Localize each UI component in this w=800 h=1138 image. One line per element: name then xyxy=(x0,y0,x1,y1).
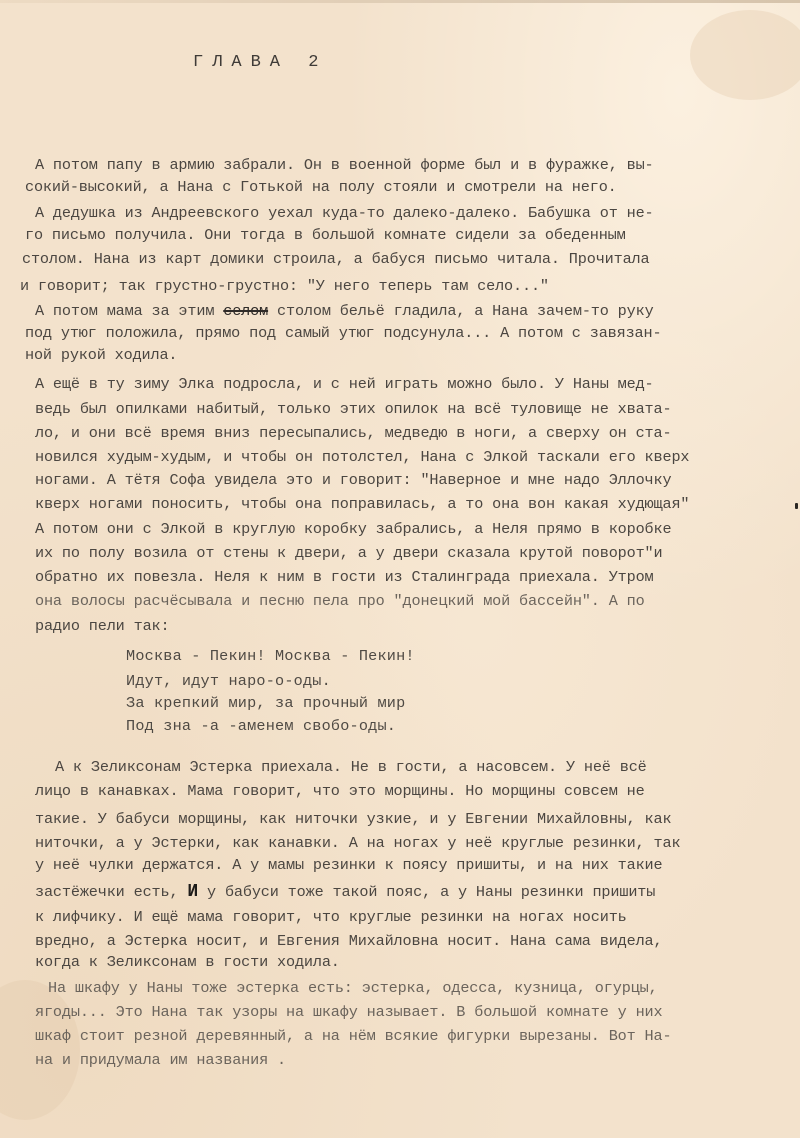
text-line: А потом папу в армию забрали. Он в военн… xyxy=(35,156,654,174)
text-fragment: застёжечки есть, xyxy=(35,883,187,901)
text-line: столом. Нана из карт домики строила, а б… xyxy=(22,250,649,268)
text-line: На шкафу у Наны тоже эстерка есть: эстер… xyxy=(48,979,658,997)
text-line: А потом мама за этим селом столом бельё … xyxy=(35,302,654,320)
text-line: А к Зеликсонам Эстерка приехала. Не в го… xyxy=(55,758,647,776)
text-line: застёжечки есть, И у бабуси тоже такой п… xyxy=(35,882,655,902)
poem-line: Москва - Пекин! Москва - Пекин! xyxy=(126,647,415,665)
text-fragment: у бабуси тоже такой пояс, а у Наны резин… xyxy=(198,883,655,901)
text-line: ной рукой ходила. xyxy=(25,346,177,364)
text-fragment: А потом мама за этим xyxy=(35,302,223,320)
text-line: ногами. А тётя Софа увидела это и говори… xyxy=(35,471,671,489)
text-line: вредно, а Эстерка носит, и Евгения Михай… xyxy=(35,932,662,950)
paper-stain xyxy=(0,980,80,1120)
text-line: ягоды... Это Нана так узоры на шкафу наз… xyxy=(35,1003,662,1021)
text-line: их по полу возила от стены к двери, а у … xyxy=(35,544,662,562)
text-line: новился худым-худым, и чтобы он потолсте… xyxy=(35,448,689,466)
text-line: к лифчику. И ещё мама говорит, что кругл… xyxy=(35,908,627,926)
text-line: и говорит; так грустно-грустно: "У него … xyxy=(20,277,549,295)
ink-mark xyxy=(795,503,798,509)
text-fragment: столом бельё гладила, а Нана зачем-то ру… xyxy=(268,302,653,320)
text-line: А потом они с Элкой в круглую коробку за… xyxy=(35,520,671,538)
struck-out-word: селом xyxy=(223,302,268,320)
poem-line: Под зна -а -аменем свобо-оды. xyxy=(126,717,396,735)
text-line: когда к Зеликсонам в гости ходила. xyxy=(35,953,340,971)
text-line: радио пели так: xyxy=(35,617,169,635)
text-line: ведь был опилками набитый, только этих о… xyxy=(35,400,671,418)
text-line: А дедушка из Андреевского уехал куда-то … xyxy=(35,204,654,222)
text-line: она волосы расчёсывала и песню пела про … xyxy=(35,592,645,610)
text-line: шкаф стоит резной деревянный, а на нём в… xyxy=(35,1027,671,1045)
text-line: ниточки, а у Эстерки, как канавки. А на … xyxy=(35,834,680,852)
poem-line: За крепкий мир, за прочный мир xyxy=(126,694,405,712)
text-line: под утюг положила, прямо под самый утюг … xyxy=(25,324,661,342)
paper-top-edge xyxy=(0,0,800,3)
text-line: лицо в канавках. Мама говорит, что это м… xyxy=(35,782,645,800)
text-line: сокий-высокий, а Нана с Готькой на полу … xyxy=(25,178,617,196)
text-line: кверх ногами поносить, чтобы она поправи… xyxy=(35,495,689,513)
typewritten-page: ГЛАВА 2 А потом папу в армию забрали. Он… xyxy=(0,0,800,1138)
text-line: го письмо получила. Они тогда в большой … xyxy=(25,226,626,244)
text-line: такие. У бабуси морщины, как ниточки узк… xyxy=(35,810,671,828)
text-line: ло, и они всё время вниз пересыпались, м… xyxy=(35,424,671,442)
text-line: обратно их повезла. Неля к ним в гости и… xyxy=(35,568,654,586)
text-line: А ещё в ту зиму Элка подросла, и с ней и… xyxy=(35,375,654,393)
handwritten-correction-letter: И xyxy=(187,882,198,902)
poem-line: Идут, идут наро-о-оды. xyxy=(126,672,331,690)
paper-stain xyxy=(690,10,800,100)
text-line: на и придумала им названия . xyxy=(35,1051,286,1069)
text-line: у неё чулки держатся. А у мамы резинки к… xyxy=(35,856,662,874)
chapter-title: ГЛАВА 2 xyxy=(193,53,327,72)
